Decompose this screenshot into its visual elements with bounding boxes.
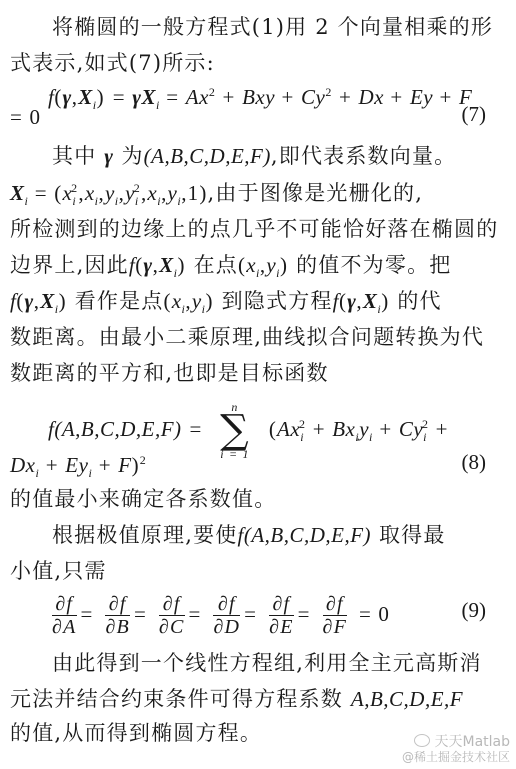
watermark-source: @稀土掘金技术社区 — [402, 750, 510, 765]
text: 到隐式方程 — [222, 289, 333, 313]
equation-number-9: (9) — [462, 598, 487, 623]
text-line: 由此得到一个线性方程组,利用全主元高斯消 — [52, 648, 488, 678]
equation-9: ∂f∂A= ∂f∂B= ∂f∂C= ∂f∂D= ∂f∂E= ∂f∂F = 0 — [48, 590, 488, 638]
text-line: 数距离。由最小二乘原理,曲线拟合问题转换为代 — [10, 322, 488, 352]
equation-7-line2: = 0 — [10, 102, 488, 132]
objective-function: f(A,B,C,D,E,F) — [48, 417, 182, 441]
text: 的值不为零。把 — [296, 253, 451, 277]
equation-number-8: (8) — [462, 450, 487, 475]
text-line: 的值最小来确定各系数值。 — [10, 484, 488, 514]
watermark: 天天Matlab @稀土掘金技术社区 — [402, 734, 510, 765]
text: 为 — [121, 144, 143, 168]
coefficient-list: A,B,C,D,E,F — [351, 687, 463, 711]
text-line: 其中 γ 为(A,B,C,D,E,F),即代表系数向量。 — [52, 141, 488, 171]
summation: n ∑ i = 1 — [215, 410, 255, 451]
text: 元法并结合约束条件可得方程系数 — [10, 687, 343, 711]
text-line: 小值,只需 — [10, 556, 488, 586]
text: 在点 — [194, 253, 238, 277]
equation-8-line2: Dxi + Eyi + F)2 — [10, 450, 488, 480]
text: ,由于图像是光栅化的, — [208, 181, 424, 205]
text: 看作是点 — [75, 289, 164, 313]
text: ,即代表系数向量。 — [271, 144, 456, 168]
partial-fraction: ∂f∂E — [269, 593, 294, 638]
equation-rhs: = 0 — [359, 602, 390, 626]
text-line: 式表示,如式(7)所示: — [10, 48, 488, 78]
partial-fraction: ∂f∂F — [323, 593, 348, 638]
text-line: 数距离的平方和,也即是目标函数 — [10, 358, 488, 388]
text-line: 元法并结合约束条件可得方程系数 A,B,C,D,E,F — [10, 684, 488, 714]
text: 其中 — [52, 144, 96, 168]
text-line: 将椭圆的一般方程式(1)用 2 个向量相乘的形 — [52, 12, 488, 42]
text-line: 根据极值原理,要使f(A,B,C,D,E,F) 取得最 — [52, 520, 488, 550]
text: 的代 — [397, 289, 441, 313]
text-line: f(γ,Xi) 看作是点(xi,yi) 到隐式方程f(γ,Xi) 的代 — [10, 286, 488, 316]
text-line: 边界上,因此f(γ,Xi) 在点(xi,yi) 的值不为零。把 — [10, 250, 488, 280]
equation-number-7: (7) — [462, 102, 487, 127]
text-line: 所检测到的边缘上的点几乎不可能恰好落在椭圆的 — [10, 214, 488, 244]
sum-upper: n — [215, 392, 255, 422]
text: 边界上,因此 — [10, 253, 129, 277]
text: 取得最 — [379, 523, 446, 547]
watermark-account: 天天Matlab — [434, 734, 510, 750]
text: 根据极值原理,要使 — [52, 523, 237, 547]
coefficient-tuple: (A,B,C,D,E,F) — [144, 144, 271, 168]
partial-fraction: ∂f∂D — [213, 593, 240, 638]
partial-fraction: ∂f∂C — [159, 593, 185, 638]
partial-fraction: ∂f∂A — [52, 593, 77, 638]
xi-vector-line: Xi = (xi2,xi,yi,yi2,xi,yi,1),由于图像是光栅化的, — [10, 178, 488, 208]
wechat-icon — [414, 734, 430, 747]
equation-8-line1: f(A,B,C,D,E,F) = n ∑ i = 1 (Axi2 + Bxiyi… — [48, 410, 488, 451]
partial-fraction: ∂f∂B — [105, 593, 130, 638]
